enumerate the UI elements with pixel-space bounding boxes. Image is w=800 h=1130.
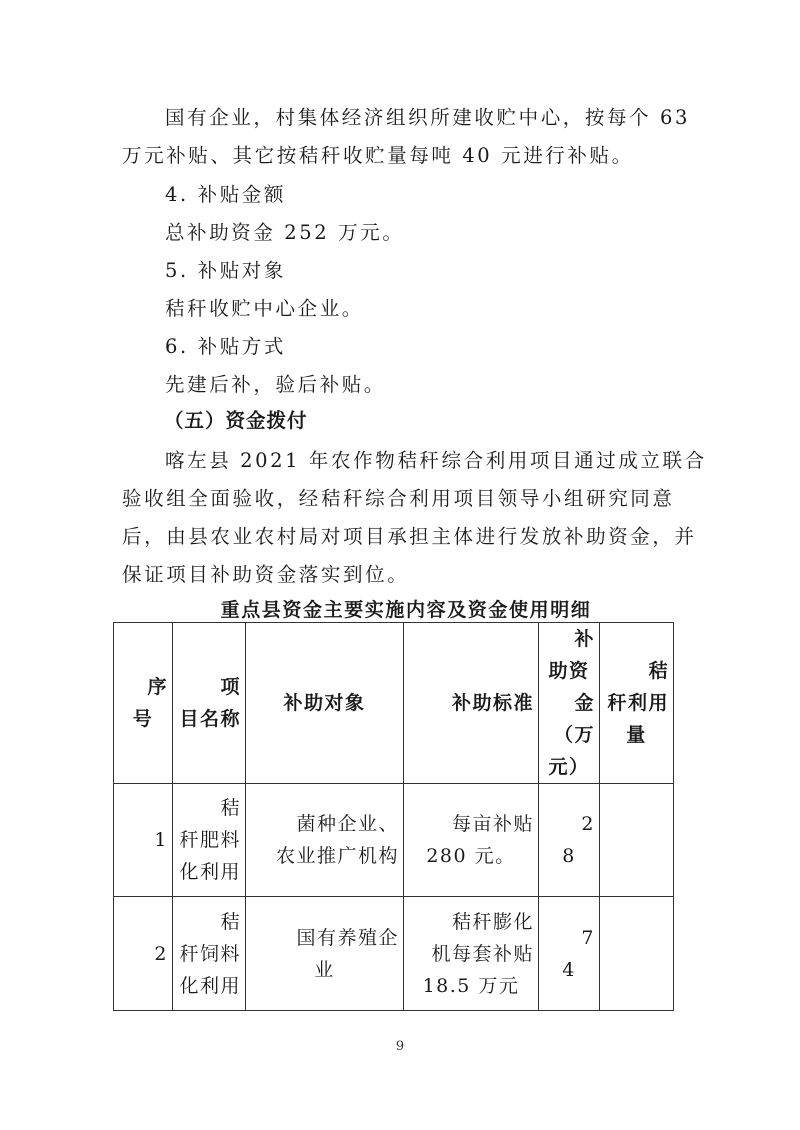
cell-usage	[600, 784, 674, 897]
header-standard: 补助标准	[404, 623, 539, 784]
table-title: 重点县资金主要实施内容及资金使用明细	[0, 595, 800, 622]
header-amount: 补 助资 金（万 元）	[539, 623, 600, 784]
header-usage: 秸 秆利用 量	[600, 623, 674, 784]
cell-usage	[600, 897, 674, 1011]
section-heading: （五）资金拨付	[164, 409, 308, 433]
table-header-row: 序 号 项 目名称 补助对象 补助标准 补 助资 金（万 元） 秸 秆利用 量	[114, 623, 674, 784]
paragraph-line: 秸秆收贮中心企业。	[165, 297, 364, 321]
cell-seq: 1	[114, 784, 173, 897]
paragraph-line: 验收组全面验收，经秸秆综合利用项目领导小组研究同意	[122, 487, 675, 511]
subheading-5: 5. 补贴对象	[165, 259, 286, 283]
header-target: 补助对象	[246, 623, 404, 784]
paragraph-line: 后，由县农业农村局对项目承担主体进行发放补助资金，并	[122, 525, 697, 549]
cell-amount: 7 4	[539, 897, 600, 1011]
cell-amount: 2 8	[539, 784, 600, 897]
paragraph-line: 万元补贴、其它按秸秆收贮量每吨 40 元进行补贴。	[122, 144, 634, 168]
paragraph-line: 喀左县 2021 年农作物秸秆综合利用项目通过成立联合	[165, 449, 707, 473]
cell-standard: 每亩补贴 280 元。	[404, 784, 539, 897]
cell-project: 秸 秆饲料 化利用	[173, 897, 246, 1011]
cell-target: 菌种企业、 农业推广机构	[246, 784, 404, 897]
paragraph-line: 国有企业，村集体经济组织所建收贮中心，按每个 63	[165, 106, 690, 130]
cell-seq: 2	[114, 897, 173, 1011]
subheading-4: 4. 补贴金额	[165, 183, 286, 207]
header-project-name: 项 目名称	[173, 623, 246, 784]
cell-project: 秸 秆肥料 化利用	[173, 784, 246, 897]
table-row: 1 秸 秆肥料 化利用 菌种企业、 农业推广机构 每亩补贴 280 元。 2 8	[114, 784, 674, 897]
paragraph-line: 先建后补，验后补贴。	[165, 373, 386, 397]
subheading-6: 6. 补贴方式	[165, 335, 286, 359]
cell-target: 国有养殖企 业	[246, 897, 404, 1011]
paragraph-line: 总补助资金 252 万元。	[165, 221, 404, 245]
header-seq: 序 号	[114, 623, 173, 784]
page-number: 9	[0, 1039, 800, 1054]
table-row: 2 秸 秆饲料 化利用 国有养殖企 业 秸秆膨化 机每套补贴 18.5 万元 7…	[114, 897, 674, 1011]
paragraph-line: 保证项目补助资金落实到位。	[122, 563, 409, 587]
funding-table: 序 号 项 目名称 补助对象 补助标准 补 助资 金（万 元） 秸 秆利用 量 …	[113, 622, 674, 1011]
cell-standard: 秸秆膨化 机每套补贴 18.5 万元	[404, 897, 539, 1011]
